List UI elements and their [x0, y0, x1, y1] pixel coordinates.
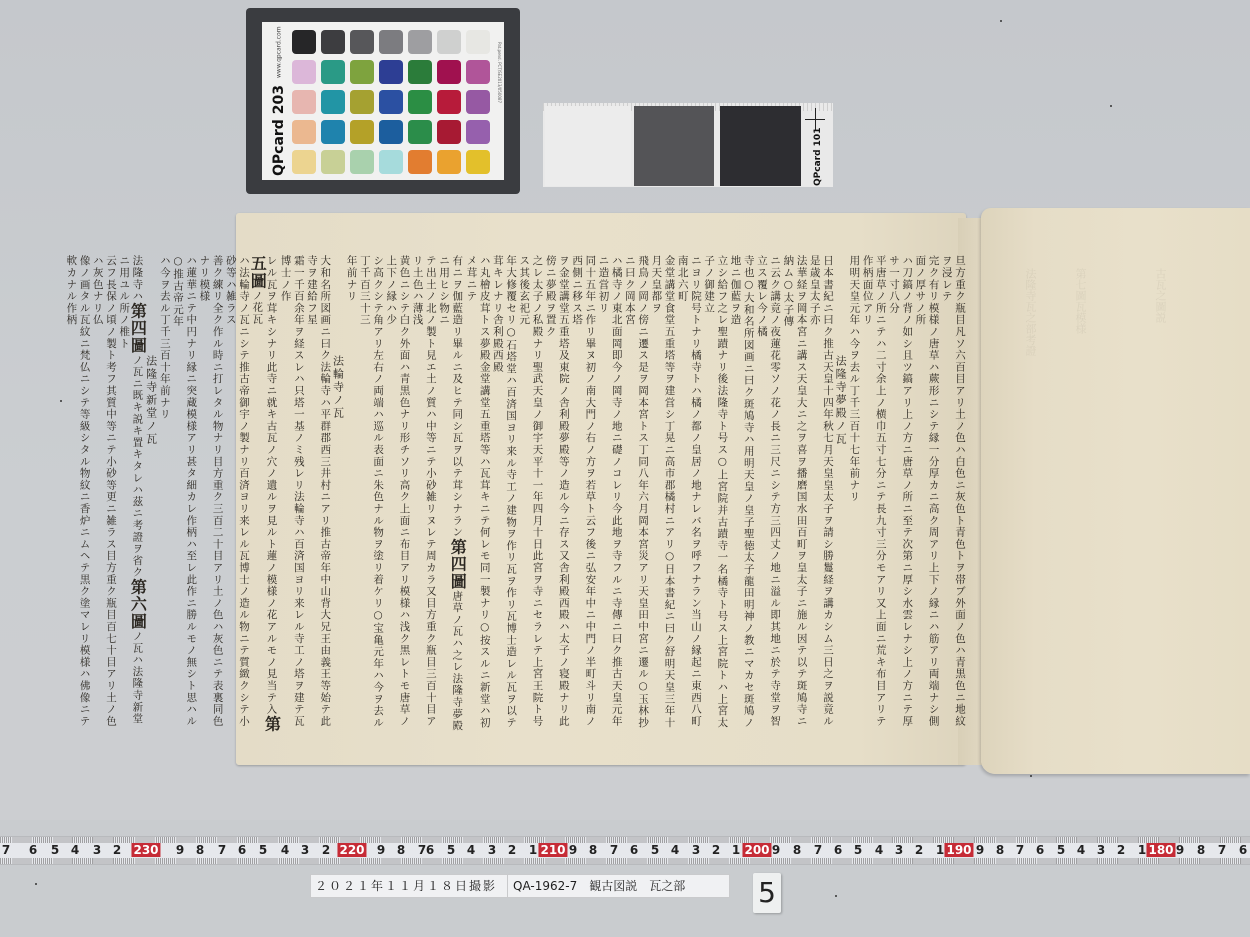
text-column: 法華経ヲ岡本宮ニ講ス天皇大ニ之ヲ喜ヲ播磨国水田百町ヲ皇太子ニ施ル因テ以テ斑鳩寺ニ…: [781, 255, 807, 735]
color-swatch-grid: [292, 30, 492, 174]
ruler-mark: 4: [71, 843, 79, 857]
ruler-mark: 1: [936, 843, 944, 857]
text-column: ヲ金堂講堂五重塔及東院ノ舎利殿夢殿等ノ造ル今ニ存ス又舎利殿西殿ハ太子ノ寝殿ナリ此…: [544, 255, 570, 735]
color-swatch: [466, 150, 490, 174]
color-card-branding: QPcard 203 www.qpcard.com: [266, 26, 292, 176]
ruler-mark: 2: [915, 843, 923, 857]
text-column: ハ刀鎬ノ背ノ如シ且ツ鎬アリ上ノ方ニ唐草ノ所ニ至テ次第ニ厚シ水雲レナシ上ノ方ニテ厚…: [887, 255, 913, 735]
ruler-mark: 4: [1077, 843, 1085, 857]
ruler-mark: 6: [1239, 843, 1247, 857]
ruler-mark: 5: [651, 843, 659, 857]
text-column: 之レ太子ノ私殿ナリ聖武天皇ノ御宇天平十一年四月十日此宮ヲ寺ニセラレテ上宮王院ト号…: [517, 255, 543, 735]
ruler-mark: 7: [2, 843, 10, 857]
color-calibration-card: QPcard 203 www.qpcard.com Pat.pend. PCT/…: [246, 8, 520, 194]
color-swatch: [292, 150, 316, 174]
ruler-mark: 1: [1138, 843, 1146, 857]
color-swatch: [292, 90, 316, 114]
dust-speck: [35, 883, 37, 885]
ruler-mark: 8: [1197, 843, 1205, 857]
ruler-mark: 6: [630, 843, 638, 857]
catalog-label: ２０２１年１１月１８日撮影 QA-1962-7 観古図説 瓦之部: [310, 874, 730, 898]
ruler-mark: 3: [692, 843, 700, 857]
document-body-text: 旦方重ク瓶目凡ソ六百目アリ土ノ色ハ白色ニ灰色ト青色トヲ帯ブ外面ノ色ハ青黒色ニ地紋…: [308, 255, 966, 735]
gray-patch-dark: [720, 106, 801, 186]
color-swatch: [350, 60, 374, 84]
color-swatch: [466, 30, 490, 54]
color-swatch: [437, 60, 461, 84]
text-column: 完ク有リ模様ノ唐草ハ蕨形ニシテ縁一分厚カニ高ク周アリ上下ノ縁ニハ筋アリ両端ナシ側…: [913, 255, 939, 735]
ruler-mark: 7: [1218, 843, 1226, 857]
color-card-patent: Pat.pend. PCT/SE2013/050087: [497, 42, 502, 103]
ruler-major-mark: 220: [337, 843, 366, 857]
dust-speck: [60, 400, 62, 402]
text-column: 用明天皇元年ハ今ヲ去ル丁千三百十七年前ナリ: [847, 255, 860, 735]
color-swatch: [408, 30, 432, 54]
ruler-mark: 3: [895, 843, 903, 857]
text-column: ハ橘寺ノ東北面岡即今ノ岡寺ノ地ニ礎ノコレリ今此地ヲ寺フルニ寺傳ニ曰ク推古天皇元年…: [596, 255, 622, 735]
color-swatch: [350, 150, 374, 174]
color-card-face: QPcard 203 www.qpcard.com Pat.pend. PCT/…: [262, 22, 504, 180]
ruler-mark: 2: [113, 843, 121, 857]
ruler-mark: 9: [377, 843, 385, 857]
measuring-ruler: 7654321230987654321220987654321210987654…: [0, 836, 1250, 865]
ruler-mark: 7: [610, 843, 618, 857]
text-column: ニ云ク講竟ノ夜蓮花零ソノ花ノ長ニ三尺ニシテ方三四丈ノ地ニ溢ル即其地ニ於テ寺堂ヲ智…: [755, 255, 781, 735]
text-column: 金堂講堂食堂五重塔等ヲ建営シ丁晃ニ高市郡橘村ニアリ○日本書紀ニ曰ク舒明天皇三年十…: [649, 255, 675, 735]
ruler-mark: 7: [1016, 843, 1024, 857]
ruler-mark: 5: [1057, 843, 1065, 857]
ruler-mark: 9: [772, 843, 780, 857]
color-swatch: [466, 90, 490, 114]
text-column: 旦方重ク瓶目凡ソ六百目アリ土ノ色ハ白色ニ灰色ト青色トヲ帯ブ外面ノ色ハ青黒色ニ地紋…: [940, 255, 966, 735]
text-column: 飛鳥ノ岡ノ傍ニ遷ス是ヲ岡本宮トス丁同八年六月岡本宮災アリ天皇田中宮ニ遷ル○玉林抄…: [623, 255, 649, 735]
ruler-major-mark: 190: [944, 843, 973, 857]
ruler-major-mark: 210: [538, 843, 567, 857]
text-column: 日本書紀ニ曰ク推古天皇十四年秋七月天皇皇太子ヲ請シ勝鬘経ヲ講カシム三日之ヲ説竟ル…: [808, 255, 834, 735]
text-column: レル瓦ヲ茸キシナリ此寺ニ就キ古瓦ノ穴ノ遺ルヲ見ルト蓮ノ模様ノ花アルモノ見当テ入第…: [250, 255, 278, 735]
ruler-mark: 7: [814, 843, 822, 857]
ruler-mark: 2: [322, 843, 330, 857]
color-swatch: [292, 60, 316, 84]
color-swatch: [408, 120, 432, 144]
figure-reference: 第六圖: [128, 578, 147, 630]
ruler-numbers: 7654321230987654321220987654321210987654…: [0, 843, 1250, 857]
color-swatch: [466, 60, 490, 84]
text-column: 年大修覆セリ○石塔堂ハ百済国ヨリ来ル寺工ノ建物ヲ作リ瓦ヲ作リ瓦博士造レル瓦ヲ以テ…: [491, 255, 517, 735]
ruler-mark: 3: [1097, 843, 1105, 857]
color-card-logo: QPcard 203: [271, 85, 287, 176]
text-column: 大和名所図画ニ曰ク法輪寺ハ平群郡西三井村ニアリ推古帝年中山背大兄王由義王等始テ此…: [305, 255, 331, 735]
ruler-mark: 1: [529, 843, 537, 857]
color-card-url: www.qpcard.com: [276, 26, 283, 78]
color-swatch: [437, 120, 461, 144]
color-swatch: [466, 120, 490, 144]
color-swatch: [437, 30, 461, 54]
ruler-mark: 4: [875, 843, 883, 857]
color-swatch: [350, 30, 374, 54]
bleed-through-text: 第七圖瓦模様: [1071, 268, 1089, 648]
color-swatch: [321, 150, 345, 174]
section-heading: 法輪寺ノ瓦: [331, 255, 344, 735]
ruler-mark: 8: [196, 843, 204, 857]
color-swatch: [379, 60, 403, 84]
ruler-mark: 9: [176, 843, 184, 857]
ruler-mark: 6: [238, 843, 246, 857]
ruler-mark: 9: [976, 843, 984, 857]
text-column: 有ニヲ伽藍造リ畢ルニ及ヒテ同シ瓦ヲ以テ茸シナラン第四圖唐草ノ瓦ハ之レ法隆寺夢殿ニ…: [437, 255, 464, 735]
gray-card-logo: QPcard 101: [803, 106, 833, 186]
text-column: 黄色ニシテ白ク外面ハ青黒色ナリ形チソリ高ク上面ニ布目アリ模様ハ浅ク黒レトモ唐草ノ…: [384, 255, 410, 735]
ruler-mark: 8: [996, 843, 1004, 857]
ruler-mark: 9: [1176, 843, 1184, 857]
ruler-mark: 5: [854, 843, 862, 857]
text-column: ハ法輪寺ノ瓦ニシテ推古帝御宇ノ製ナリ百済ヨリ来レル瓦博士ノ造ル物ニテ質緻クシテ小…: [224, 255, 250, 735]
bleed-through-text: 法隆寺瓦之部考證: [1021, 268, 1039, 648]
dust-speck: [835, 895, 837, 897]
ruler-mark: 4: [671, 843, 679, 857]
figure-reference: 第四圖: [448, 538, 467, 590]
gray-scale-card: QPcard 101: [543, 103, 833, 187]
text-column: 平唐草ノ所ニテハ二寸余上ノ横巾五寸七分ニテ長九寸三分モアリ又上面ニ荒キ布目アリテ…: [860, 255, 886, 735]
book-right-page: 法隆寺瓦之部考證 第七圖瓦模様 古瓦之圖説: [981, 208, 1250, 774]
text-column: シ高クシテ角アリ左右ノ両端ハ巡ル表面ニ朱色ナル物ヲ塗リ着ケリ○宝亀元年ハ今ヲ去ル…: [358, 255, 384, 735]
ruler-mark: 8: [793, 843, 801, 857]
gray-patch-white: [545, 106, 631, 186]
ruler-mark: 6: [834, 843, 842, 857]
ruler-mark: 3: [301, 843, 309, 857]
text-column: ニヨリ院号トナリ橘寺トハ橘ノ都ノ皇居ノ地ナレバ名ヲ呼フナラン当山ノ縁起ニ東西八町…: [676, 255, 702, 735]
color-swatch: [379, 90, 403, 114]
ruler-mark: 4: [281, 843, 289, 857]
color-swatch: [408, 150, 432, 174]
ruler-mark: 8: [397, 843, 405, 857]
dust-speck: [1030, 775, 1032, 777]
figure-reference: 第四圖: [128, 302, 147, 354]
dust-speck: [1000, 20, 1002, 22]
bleed-through-text: 古瓦之圖説: [1151, 268, 1169, 648]
ruler-major-mark: 200: [742, 843, 771, 857]
ruler-mark: 5: [447, 843, 455, 857]
text-column: ハ蓮華ニテ中円ナリ縁ニ突蔵模様アリ甚タ細カレ作柄ハ至レ此作ニ勝ルモノ無シト思ハル…: [171, 255, 197, 735]
catalog-id: QA-1962-7 観古図説 瓦之部: [508, 875, 685, 897]
ruler-mark: 1: [732, 843, 740, 857]
text-column: 寺也○大和名所図画ニ曰ク斑鳩寺ハ用明天皇ノ皇子聖徳太子龍田明神ノ教ニマカセ斑鳩ノ…: [728, 255, 754, 735]
ruler-mark: 3: [93, 843, 101, 857]
color-swatch: [321, 30, 345, 54]
page-number-tag: 5: [753, 873, 781, 913]
text-column: 立シ給フ之レ聖蹟ナリ後法隆寺ト号ス○上宮院并古蹟寺一名橘寺ト号ス上宮院トハ上宮太…: [702, 255, 728, 735]
color-swatch: [292, 120, 316, 144]
figure-reference: 第五圖: [248, 255, 281, 733]
ruler-mark: 5: [51, 843, 59, 857]
color-swatch: [408, 90, 432, 114]
text-column: 善ク練リ全ク作ル時ニ打レタル物ナリ目方重ク三百二十目アリ土ノ色ハ灰色ニテ表裏同色…: [197, 255, 223, 735]
text-column: テ出土ノ北ノ製ト見エ土ノ質ハ中等ニテ小砂雑リヌレテ周カラ又目方重ク瓶目三百十目ア…: [410, 255, 436, 735]
ruler-major-mark: 230: [131, 843, 160, 857]
photo-date: ２０２１年１１月１８日撮影: [311, 875, 508, 897]
color-swatch: [321, 60, 345, 84]
text-column: 云フ長保ノ頃ノ製ト考フ其質中等ニテ小砂等更ニ雑ラス目方重ク瓶目百七十目アリ土ノ色…: [91, 255, 117, 735]
text-column: ハ丸檜皮茸トス夢殿金堂講堂五重塔等ハ瓦茸キニテ何レモ同一製ナリ○按スルニ新堂ハ初…: [464, 255, 490, 735]
ruler-mark: 4: [467, 843, 475, 857]
ruler-mark: 6: [426, 843, 434, 857]
ruler-ticks-bottom: [0, 858, 1250, 864]
ruler-major-mark: 180: [1146, 843, 1175, 857]
section-heading: 法隆寺夢殿ノ瓦: [834, 255, 847, 735]
color-swatch: [437, 150, 461, 174]
text-column: 霜一千百余年ヲ経スレハ只塔一基ノミ残レリ法輪寺ハ百済国ヨリ来レル寺工ノ塔ヲ建テ瓦…: [278, 255, 304, 735]
color-swatch: [321, 90, 345, 114]
color-swatch: [379, 150, 403, 174]
color-swatch: [379, 120, 403, 144]
text-column: 像ノ画タル瓦紋ニ梵仏ニシテ等級シタル物紋ニ香炉ニムヘテ黒ク塗マレリ模様ハ佛像ニテ…: [64, 255, 90, 735]
ruler-mark: 2: [1117, 843, 1125, 857]
ruler-mark: 3: [488, 843, 496, 857]
text-column: ハ今ヲ去ル丁千三百十年前ナリ: [158, 255, 171, 735]
color-swatch: [350, 120, 374, 144]
ruler-mark: 6: [1036, 843, 1044, 857]
color-swatch: [321, 120, 345, 144]
color-swatch: [292, 30, 316, 54]
ruler-mark: 8: [589, 843, 597, 857]
dust-speck: [1110, 105, 1112, 107]
text-column: 同十五年ニ作リ畢ヌ初ノ南大門ノ右ノ方ヲ若草ト云フ後ニ弘安年中ニ中門ノ半町斗リ南ノ…: [570, 255, 596, 735]
gray-patch-mid: [634, 106, 714, 186]
ruler-mark: 2: [508, 843, 516, 857]
text-column: 年前ナリ: [344, 255, 357, 735]
color-swatch: [437, 90, 461, 114]
text-column: 法隆寺ハ第四圖ノ瓦ニ既キ説キ置キタレハ茲ニ考證ヲ省ク第六圖ノ瓦ハ法隆寺新堂ニ用ユ…: [117, 255, 144, 735]
color-swatch: [408, 60, 432, 84]
ruler-mark: 2: [712, 843, 720, 857]
color-swatch: [379, 30, 403, 54]
ruler-mark: 7: [218, 843, 226, 857]
color-swatch: [350, 90, 374, 114]
ruler-mark: 9: [569, 843, 577, 857]
ruler-mark: 6: [29, 843, 37, 857]
ruler-mark: 5: [259, 843, 267, 857]
